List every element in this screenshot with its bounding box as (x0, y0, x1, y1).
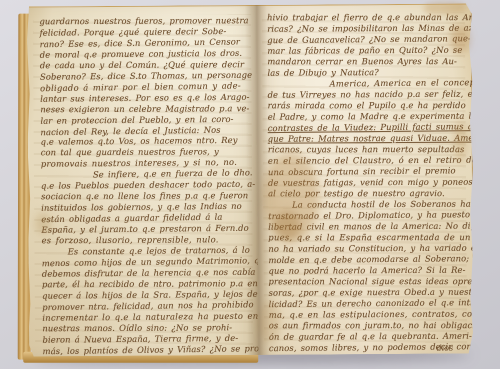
manuscript-line: hivio trabajar el fierro de q.e abundan … (267, 12, 461, 23)
manuscript-line: licidad? Es un derecho canonizado el q.e… (269, 297, 463, 310)
catchword: dios (437, 344, 454, 353)
right-page: hivio trabajar el fierro de q.e abundan … (256, 3, 474, 354)
manuscript-line: rarás mirada como el Pupilo q.e ha perdi… (268, 100, 462, 111)
manuscript-line: con tal que guardeis nuestros fueros, y (41, 147, 252, 159)
manuscript-line: al cielo por testigo de nuestro agravio. (268, 188, 462, 199)
manuscript-line: molde en q.e debe acomodarse al Soberano… (268, 253, 462, 266)
manuscript-line: una obscura fortuna sin recibir el premi… (268, 165, 462, 178)
manuscript-line: libertad civil en manos de la America: N… (268, 221, 462, 233)
manuscript-line: es forzoso, ilusorio, reprensible, nulo. (42, 234, 253, 246)
manuscript-line: nacion del Rey, le decía el Justicia: No… (40, 124, 251, 138)
manuscript-line: guardarnos nuestros fueros, promover nue… (39, 15, 250, 27)
manuscript-line: neses exigieron un celebre Magistrado p.… (40, 103, 251, 115)
manuscript-line: pues, q.e si la España escarmentada de u… (268, 232, 462, 243)
manuscript-line: presentacion Nacional sigue estas ideas … (269, 276, 463, 287)
manuscript-line: de cada uno y del Común. ¿Qué quiere dec… (40, 59, 251, 71)
manuscript-line: que no podrá hacerlo la America? Si la R… (268, 265, 462, 277)
manuscript-line: contrastes de la Viudez: Pupilli facti s… (268, 121, 462, 134)
manuscript-line: America, America en el concepto (267, 77, 461, 90)
manuscript-photo: guardarnos nuestros fueros, promover nue… (0, 0, 500, 369)
manuscript-line: mandaron cerrar en Buenos Ayres las Au- (267, 56, 461, 67)
manuscript-line: gue de Guancavelica? ¿No se mandaron que… (267, 33, 461, 46)
manuscript-line: os aun firmados con juram.to, no hai obl… (269, 320, 463, 331)
manuscript-line: trastornado el Dro. Diplomatico, y ha pu… (268, 209, 462, 222)
book-spread: guardarnos nuestros fueros, promover nue… (26, 3, 473, 356)
manuscript-line: nuestras manos. Oídlo sino: ¿No se prohi… (42, 322, 253, 334)
manuscript-line: de vuestras fatigas, venid con migo y po… (268, 177, 462, 189)
left-page: guardarnos nuestros fueros, promover nue… (26, 5, 259, 357)
manuscript-line: más, los plantíos de Olivos y Viñas? ¿No… (43, 343, 254, 357)
manuscript-line: ricanos, cuyas luces han muerto sepultad… (268, 144, 462, 155)
manuscript-line: de tus Virreyes no has nacido p.a ser fe… (268, 89, 462, 101)
right-page-text: hivio trabajar el fierro de q.e abundan … (267, 12, 463, 354)
manuscript-line: sociacion q.e no llene los fines p.a q.e… (41, 190, 252, 202)
manuscript-line: ma, q.e en las estipulaciones, contratos… (269, 309, 463, 321)
manuscript-line: mar las fábricas de paño en Quito? ¿No s… (267, 45, 461, 57)
manuscript-line: canos, somos libres, y no podemos decir … (269, 341, 463, 354)
manuscript-line: que Patre: Matres nostrae quasi Viduae. … (268, 133, 462, 145)
left-page-text: guardarnos nuestros fueros, promover nue… (39, 15, 253, 357)
manuscript-line: parte, él ha recibido de ntro. patrimoni… (42, 278, 253, 290)
